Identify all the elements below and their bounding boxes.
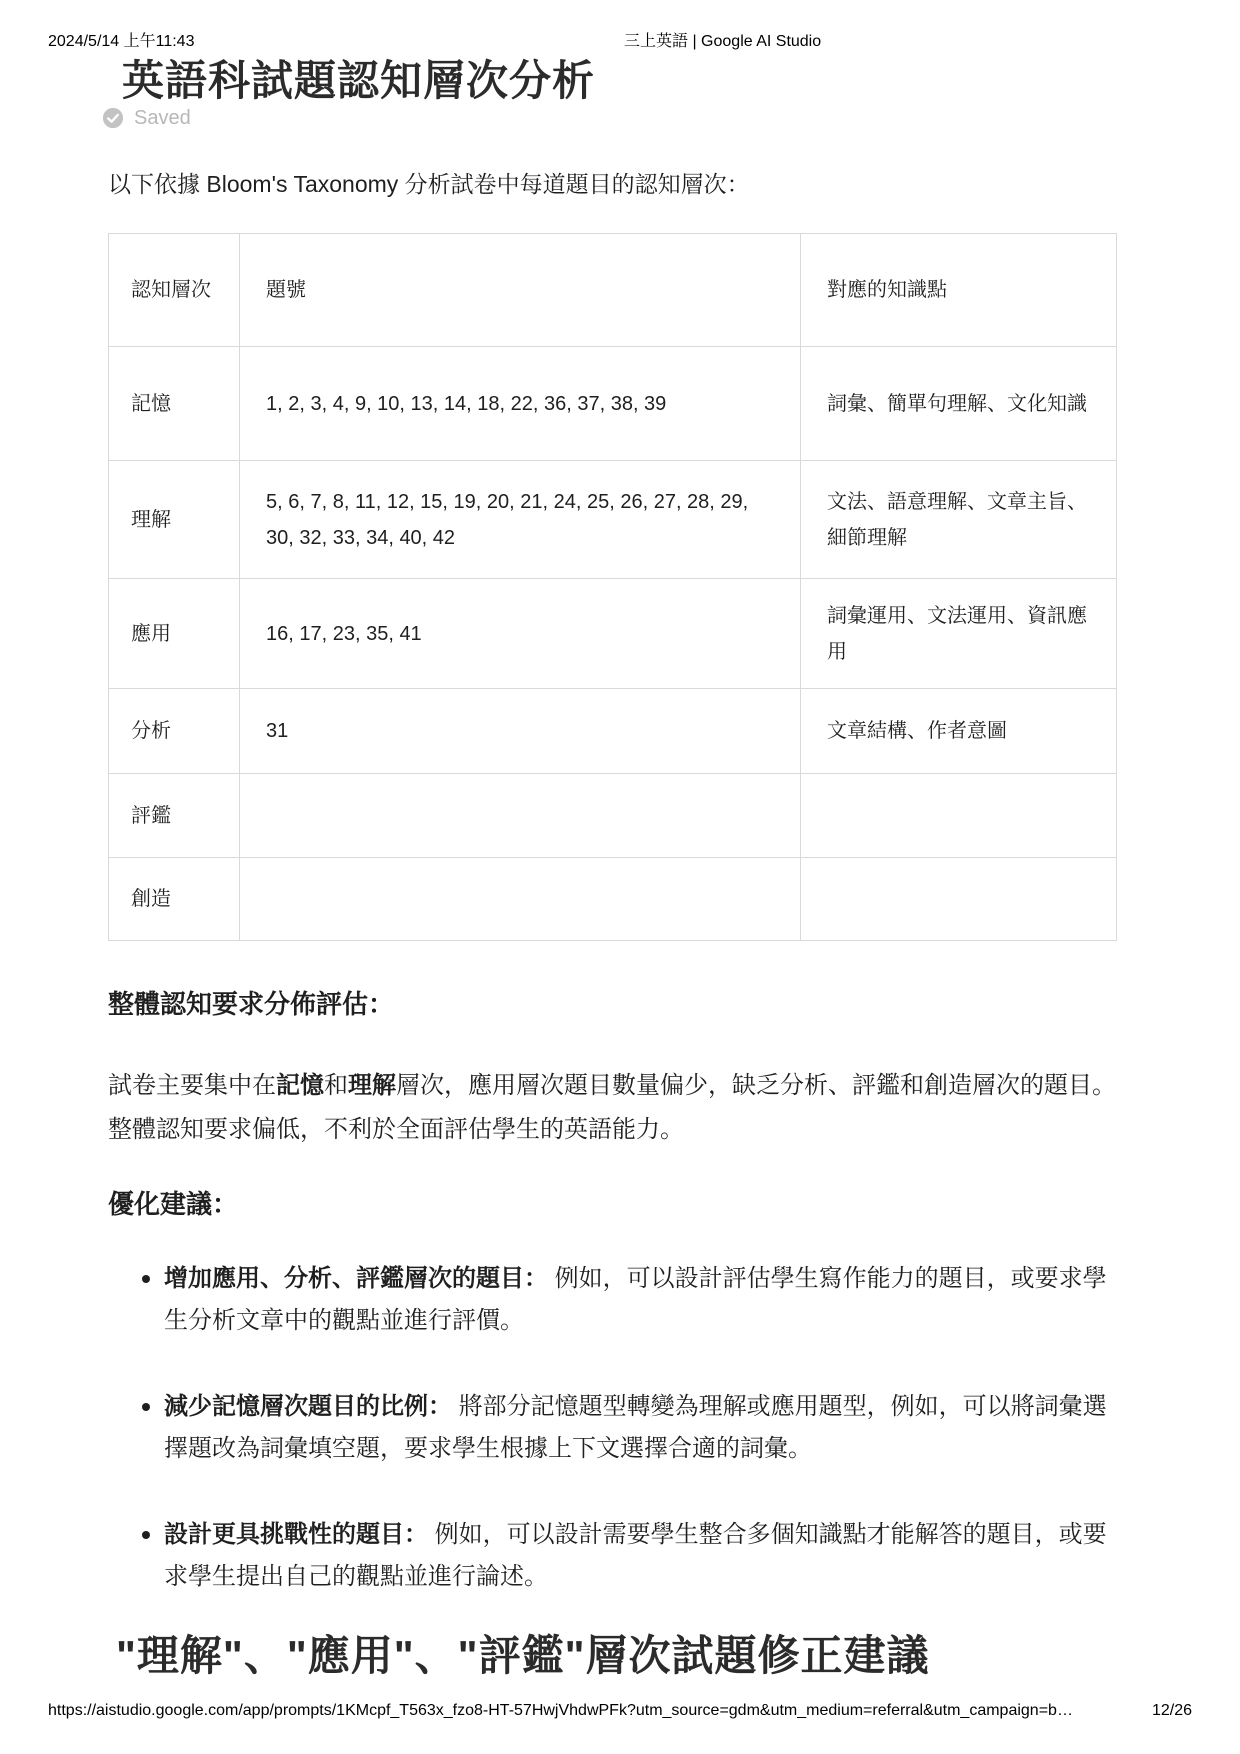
- suggestion-lead: 增加應用、分析、評鑑層次的題目：: [164, 1265, 548, 1292]
- cell-level: 評鑑: [109, 774, 240, 858]
- cell-questions: 16, 17, 23, 35, 41: [240, 579, 801, 689]
- assessment-text: 和: [324, 1072, 348, 1099]
- cell-knowledge: 詞彙、簡單句理解、文化知識: [801, 347, 1117, 461]
- cell-level: 分析: [109, 689, 240, 774]
- suggestion-item: 增加應用、分析、評鑑層次的題目： 例如，可以設計評估學生寫作能力的題目，或要求學…: [142, 1258, 1118, 1342]
- suggestion-lead: 設計更具挑戰性的題目：: [164, 1521, 428, 1548]
- saved-check-icon: [102, 107, 124, 129]
- page-title: 英語科試題認知層次分析: [122, 56, 1118, 106]
- table-header-row: 認知層次 題號 對應的知識點: [109, 234, 1117, 347]
- print-header: 2024/5/14 上午11:43 三上英語 | Google AI Studi…: [48, 28, 1192, 48]
- suggestion-lead: 減少記憶層次題目的比例：: [164, 1393, 452, 1420]
- saved-status-label: Saved: [134, 107, 191, 130]
- cell-level: 創造: [109, 858, 240, 941]
- suggestions-heading: 優化建議：: [108, 1186, 1118, 1222]
- cell-level: 記憶: [109, 347, 240, 461]
- bullet-icon: [142, 1275, 150, 1283]
- column-header-knowledge: 對應的知識點: [801, 234, 1117, 347]
- assessment-text: 試卷主要集中在: [108, 1072, 276, 1099]
- print-datetime: 2024/5/14 上午11:43: [48, 28, 194, 51]
- assessment-paragraph: 試卷主要集中在記憶和理解層次，應用層次題目數量偏少，缺乏分析、評鑑和創造層次的題…: [108, 1064, 1118, 1152]
- print-url: https://aistudio.google.com/app/prompts/…: [48, 1702, 1073, 1720]
- assessment-bold-remember: 記憶: [276, 1072, 324, 1099]
- cell-knowledge: 文章結構、作者意圖: [801, 689, 1117, 774]
- cell-questions: 31: [240, 689, 801, 774]
- cell-questions: 5, 6, 7, 8, 11, 12, 15, 19, 20, 21, 24, …: [240, 461, 801, 579]
- cell-level: 應用: [109, 579, 240, 689]
- suggestions-list: 增加應用、分析、評鑑層次的題目： 例如，可以設計評估學生寫作能力的題目，或要求學…: [108, 1258, 1118, 1598]
- table-row: 應用 16, 17, 23, 35, 41 詞彙運用、文法運用、資訊應用: [109, 579, 1117, 689]
- print-page-indicator: 12/26: [1152, 1702, 1192, 1720]
- suggestion-item: 設計更具挑戰性的題目： 例如，可以設計需要學生整合多個知識點才能解答的題目，或要…: [142, 1514, 1118, 1598]
- cell-questions: 1, 2, 3, 4, 9, 10, 13, 14, 18, 22, 36, 3…: [240, 347, 801, 461]
- cell-knowledge: [801, 858, 1117, 941]
- cell-questions: [240, 774, 801, 858]
- intro-paragraph: 以下依據 Bloom's Taxonomy 分析試卷中每道題目的認知層次：: [108, 168, 1118, 200]
- print-site-title: 三上英語 | Google AI Studio: [624, 28, 821, 51]
- saved-status: Saved: [102, 106, 1118, 130]
- table-row: 記憶 1, 2, 3, 4, 9, 10, 13, 14, 18, 22, 36…: [109, 347, 1117, 461]
- table-row: 分析 31 文章結構、作者意圖: [109, 689, 1117, 774]
- assessment-heading: 整體認知要求分佈評估：: [108, 986, 1118, 1022]
- document-body: 英語科試題認知層次分析 Saved 以下依據 Bloom's Taxonomy …: [108, 56, 1118, 1681]
- table-row: 評鑑: [109, 774, 1117, 858]
- cell-knowledge: 文法、語意理解、文章主旨、細節理解: [801, 461, 1117, 579]
- cell-knowledge: 詞彙運用、文法運用、資訊應用: [801, 579, 1117, 689]
- column-header-questions: 題號: [240, 234, 801, 347]
- assessment-bold-understand: 理解: [348, 1072, 396, 1099]
- printed-page: 2024/5/14 上午11:43 三上英語 | Google AI Studi…: [0, 0, 1240, 1754]
- cell-questions: [240, 858, 801, 941]
- table-row: 創造: [109, 858, 1117, 941]
- bullet-icon: [142, 1403, 150, 1411]
- section-heading: "理解"、"應用"、"評鑑"層次試題修正建議: [116, 1631, 1118, 1681]
- table-row: 理解 5, 6, 7, 8, 11, 12, 15, 19, 20, 21, 2…: [109, 461, 1117, 579]
- cell-level: 理解: [109, 461, 240, 579]
- cell-knowledge: [801, 774, 1117, 858]
- cognitive-level-table: 認知層次 題號 對應的知識點 記憶 1, 2, 3, 4, 9, 10, 13,…: [108, 233, 1117, 941]
- column-header-level: 認知層次: [109, 234, 240, 347]
- bullet-icon: [142, 1531, 150, 1539]
- suggestion-item: 減少記憶層次題目的比例： 將部分記憶題型轉變為理解或應用題型，例如，可以將詞彙選…: [142, 1386, 1118, 1470]
- print-footer: https://aistudio.google.com/app/prompts/…: [48, 1702, 1192, 1722]
